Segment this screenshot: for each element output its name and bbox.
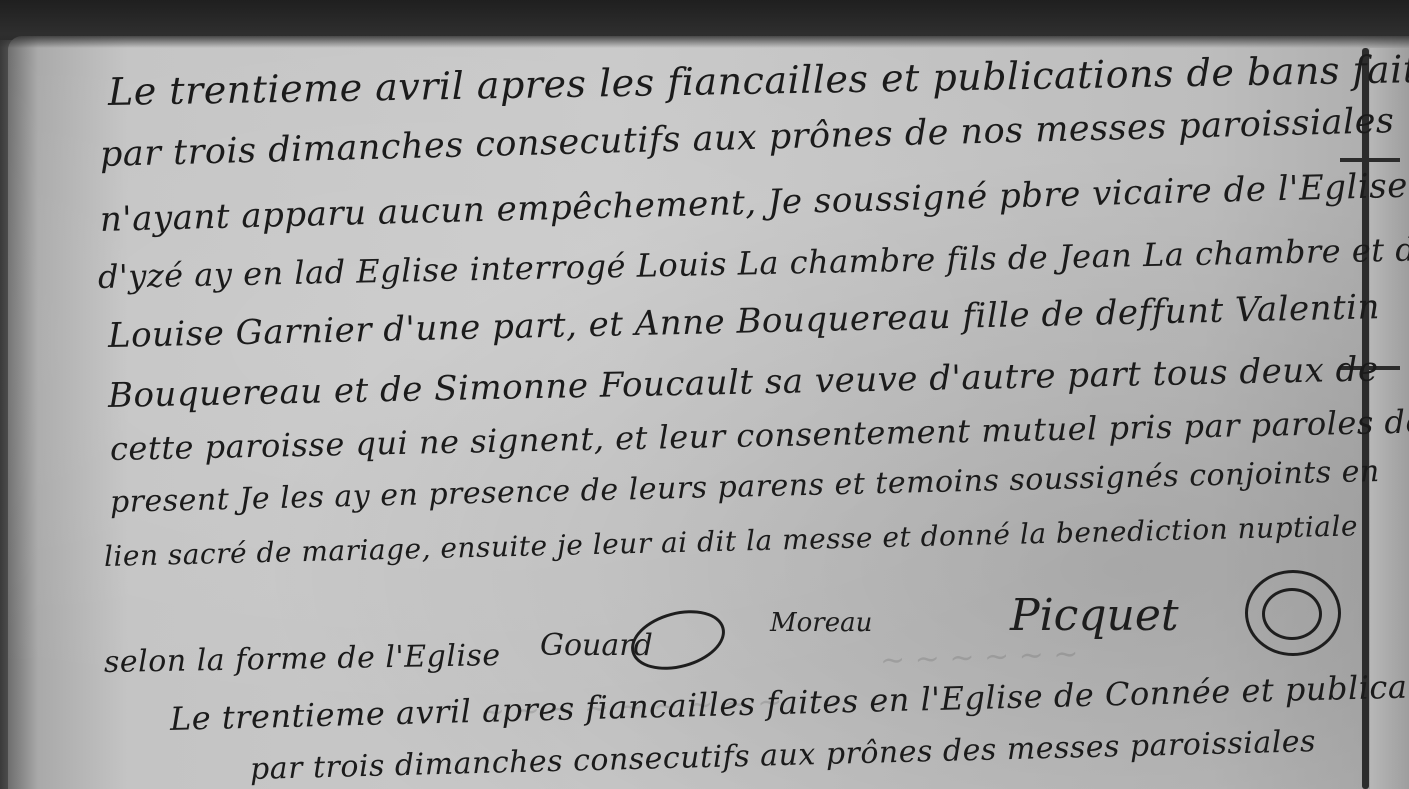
top-shadow	[0, 0, 1409, 48]
entry-1-line-10: selon la forme de l'Eglise	[104, 638, 501, 680]
margin-tick-mark	[1340, 158, 1400, 162]
signature-spiral-flourish	[1262, 588, 1322, 640]
bleed-through-text: ~ ~ ~ ~ ~ ~	[879, 637, 1079, 679]
signature-moreau: Moreau	[770, 608, 872, 638]
signature-picquet: Picquet	[1010, 590, 1179, 641]
